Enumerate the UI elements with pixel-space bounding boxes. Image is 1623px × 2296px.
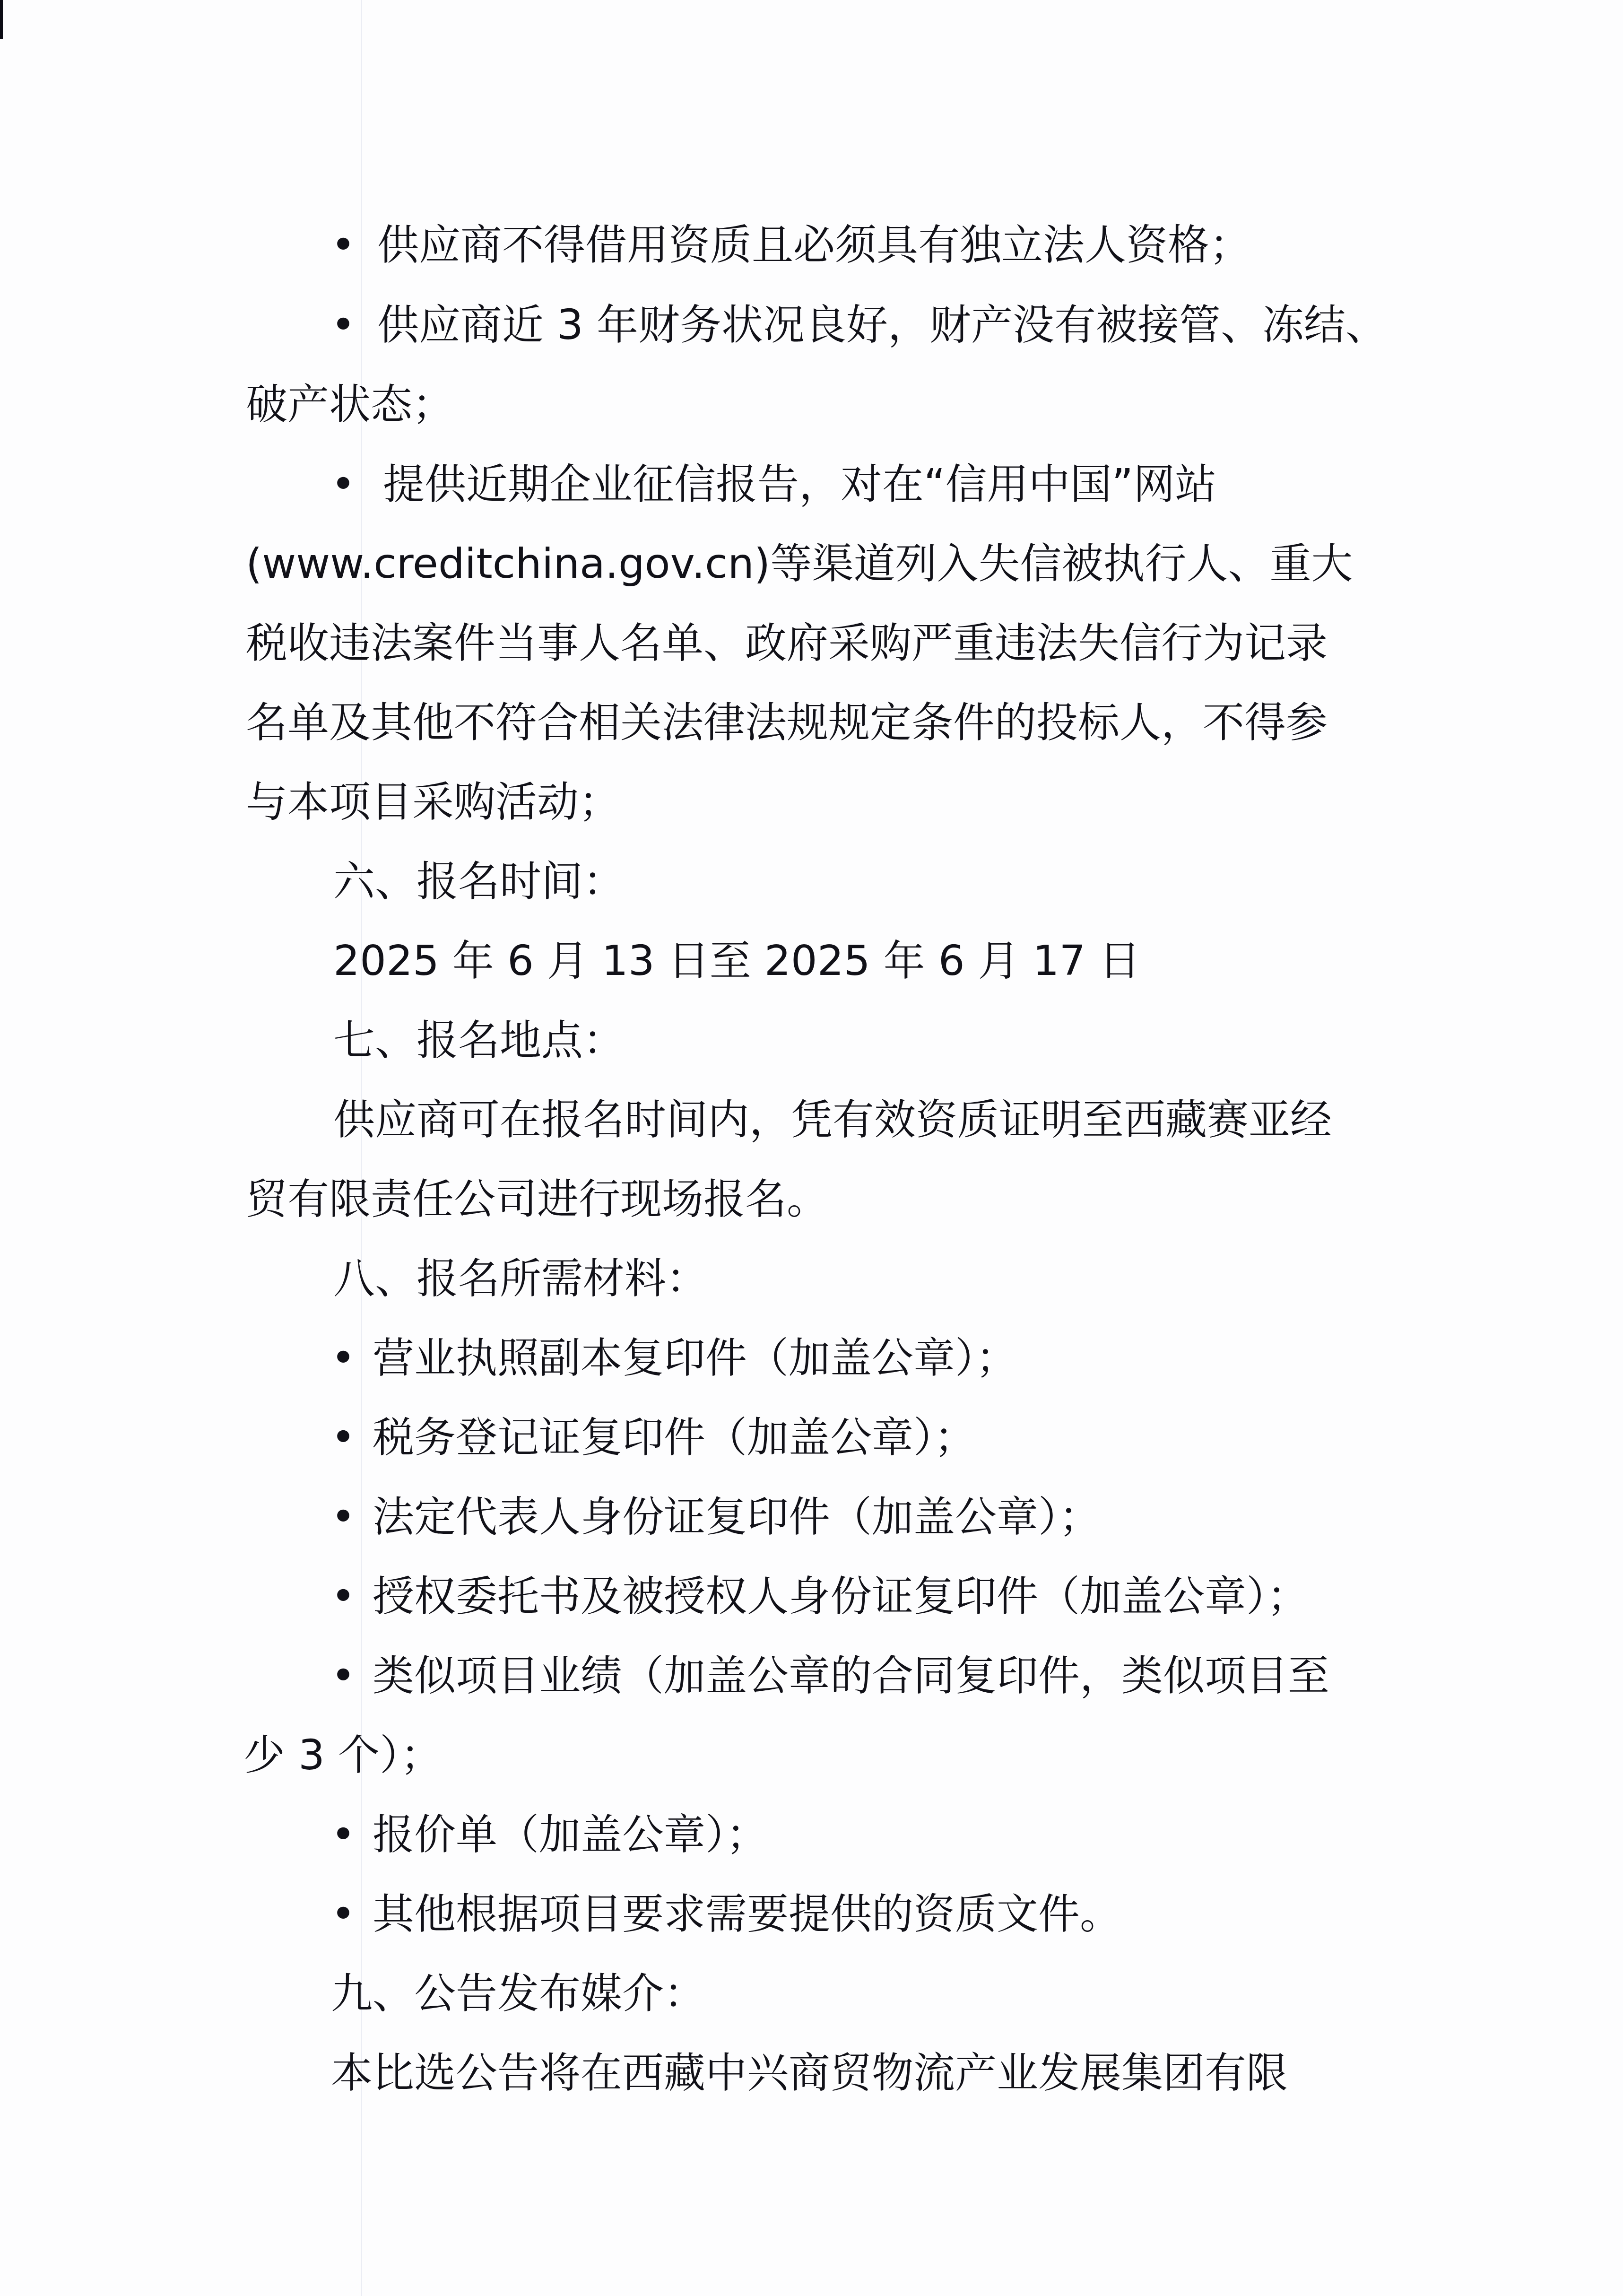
material-item-4: 授权委托书及被授权人身份证复印件（加盖公章）；: [373, 1573, 1309, 1620]
qualification-item-3-line-2: (www.creditchina.gov.cn)等渠道列入失信被执行人、重大: [246, 540, 1353, 587]
material-item-6: 报价单（加盖公章）；: [373, 1811, 768, 1858]
publication-media-line-1: 本比选公告将在西藏中兴商贸物流产业发展集团有限: [331, 2049, 1288, 2096]
registration-location-line-1: 供应商可在报名时间内，凭有效资质证明至西藏赛亚经: [333, 1096, 1332, 1143]
bullet-icon: •: [331, 1573, 356, 1620]
bullet-icon: •: [331, 221, 356, 269]
registration-location-line-2: 贸有限责任公司进行现场报名。: [246, 1175, 828, 1223]
qualification-item-2-line-1: 供应商近 3 年财务状况良好，财产没有被接管、冻结、: [377, 301, 1387, 348]
document-page: • 供应商不得借用资质且必须具有独立法人资格； • 供应商近 3 年财务状况良好…: [0, 0, 1623, 2296]
qualification-item-3-line-3: 税收违法案件当事人名单、政府采购严重违法失信行为记录: [246, 619, 1328, 667]
qualification-item-3-line-4: 名单及其他不符合相关法律法规规定条件的投标人，不得参: [246, 699, 1328, 746]
bullet-icon: •: [331, 1652, 356, 1699]
qualification-item-1: 供应商不得借用资质且必须具有独立法人资格；: [377, 221, 1251, 269]
material-item-3: 法定代表人身份证复印件（加盖公章）；: [373, 1493, 1101, 1540]
qualification-item-2-line-2: 破产状态；: [246, 381, 454, 428]
bullet-icon: •: [331, 1334, 356, 1382]
qualification-item-3-line-1: 提供近期企业征信报告，对在“信用中国”网站: [383, 461, 1216, 508]
material-item-1: 营业执照副本复印件（加盖公章）；: [373, 1334, 1017, 1382]
registration-date-range: 2025 年 6 月 13 日至 2025 年 6 月 17 日: [333, 937, 1141, 984]
qualification-item-3-line-5: 与本项目采购活动；: [246, 778, 620, 826]
bullet-icon: •: [331, 1493, 356, 1540]
section-9-heading: 九、公告发布媒介：: [331, 1970, 705, 2017]
section-6-heading: 六、报名时间：: [333, 858, 625, 905]
bullet-icon: •: [331, 301, 356, 348]
material-item-5-line-1: 类似项目业绩（加盖公章的合同复印件，类似项目至: [373, 1652, 1329, 1699]
bullet-icon: •: [331, 1890, 356, 1938]
bullet-icon: •: [331, 1811, 356, 1858]
bullet-icon: •: [331, 461, 356, 508]
section-8-heading: 八、报名所需材料：: [333, 1255, 708, 1302]
material-item-5-line-2: 少 3 个）；: [243, 1731, 442, 1779]
material-item-2: 税务登记证复印件（加盖公章）；: [373, 1414, 976, 1461]
material-item-7: 其他根据项目要求需要提供的资质文件。: [373, 1890, 1121, 1938]
bullet-icon: •: [331, 1414, 356, 1461]
section-7-heading: 七、报名地点：: [333, 1017, 625, 1064]
